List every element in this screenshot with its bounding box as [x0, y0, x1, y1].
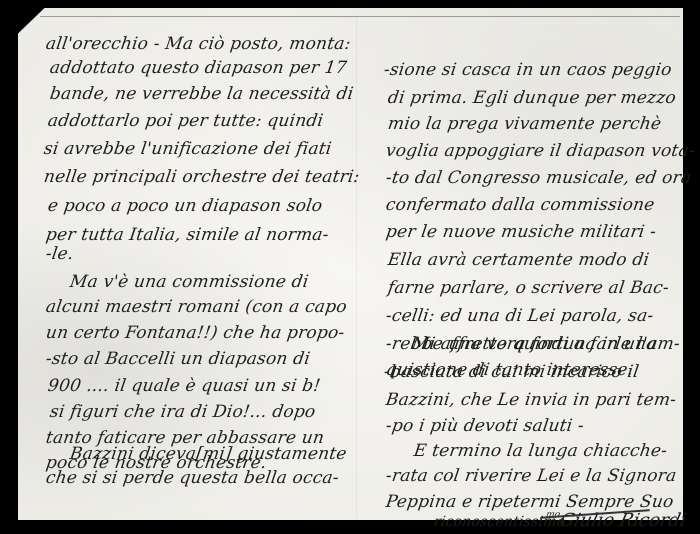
- text-line: bande, ne verrebbe la necessità di: [49, 84, 355, 104]
- text-line: nelle principali orchestre dei teatri:: [43, 167, 361, 187]
- text-line: alcuni maestri romani (con a capo: [45, 297, 349, 317]
- text-line: di prima. Egli dunque per mezzo: [387, 88, 678, 108]
- text-line: -le.: [45, 244, 75, 264]
- text-line: Ma v'è una commissione di: [69, 272, 310, 292]
- text-line: e poco a poco un diapason solo: [47, 196, 324, 216]
- text-line: farne parlare, o scrivere al Bac-: [387, 278, 671, 298]
- text-line: -sione si casca in un caos peggio: [383, 60, 673, 80]
- text-line: che si si perde questa bella occa-: [45, 468, 341, 488]
- text-line: per le nuove musiche militari -: [385, 222, 658, 242]
- text-line: Ella avrà certamente modo di: [387, 250, 651, 270]
- text-line: addottarlo poi per tutte: quindi: [47, 111, 325, 131]
- text-line: si figuri che ira di Dio!... dopo: [49, 402, 317, 422]
- text-line: -basciata di cui mi incarico il: [383, 362, 641, 382]
- text-line: -po i più devoti saluti -: [385, 416, 586, 436]
- text-line: Peppina e ripetermi Sempre Suo: [385, 492, 675, 512]
- text-line: -celli: ed una di Lei parola, sa-: [385, 306, 655, 326]
- text-line: 900 .... il quale è quasi un si b!: [47, 376, 322, 396]
- text-line: mio la prega vivamente perchè: [387, 114, 663, 134]
- sheet-top-edge: [40, 16, 680, 17]
- text-line: confermato dalla commissione: [385, 195, 656, 215]
- text-line: -rata col riverire Lei e la Signora: [385, 466, 678, 486]
- text-line: si avrebbe l'unificazione dei fiati: [43, 139, 333, 159]
- text-line: addottato questo diapason per 17: [49, 58, 349, 78]
- text-line: Mi affretto quindi a farle l'am-: [411, 334, 682, 354]
- text-line: per tutta Italia, simile al norma-: [45, 225, 330, 245]
- text-line: -to dal Congresso musicale, ed ora: [385, 168, 693, 188]
- page-fold: [356, 18, 357, 518]
- text-line: Bazzini, che Le invia in pari tem-: [385, 390, 678, 410]
- text-line: un certo Fontana!!) che ha propo-: [45, 323, 346, 343]
- signature: Giulio Ricordi: [557, 510, 688, 531]
- text-line: -sto al Baccelli un diapason di: [45, 349, 312, 369]
- text-line: all'orecchio - Ma ciò posto, monta:: [45, 34, 352, 54]
- text-line: voglia appoggiare il diapason vota-: [385, 141, 697, 161]
- text-line: Bazzini diceva[mi] giustamente: [69, 444, 348, 464]
- text-line: E termino la lunga chiacche-: [413, 441, 669, 461]
